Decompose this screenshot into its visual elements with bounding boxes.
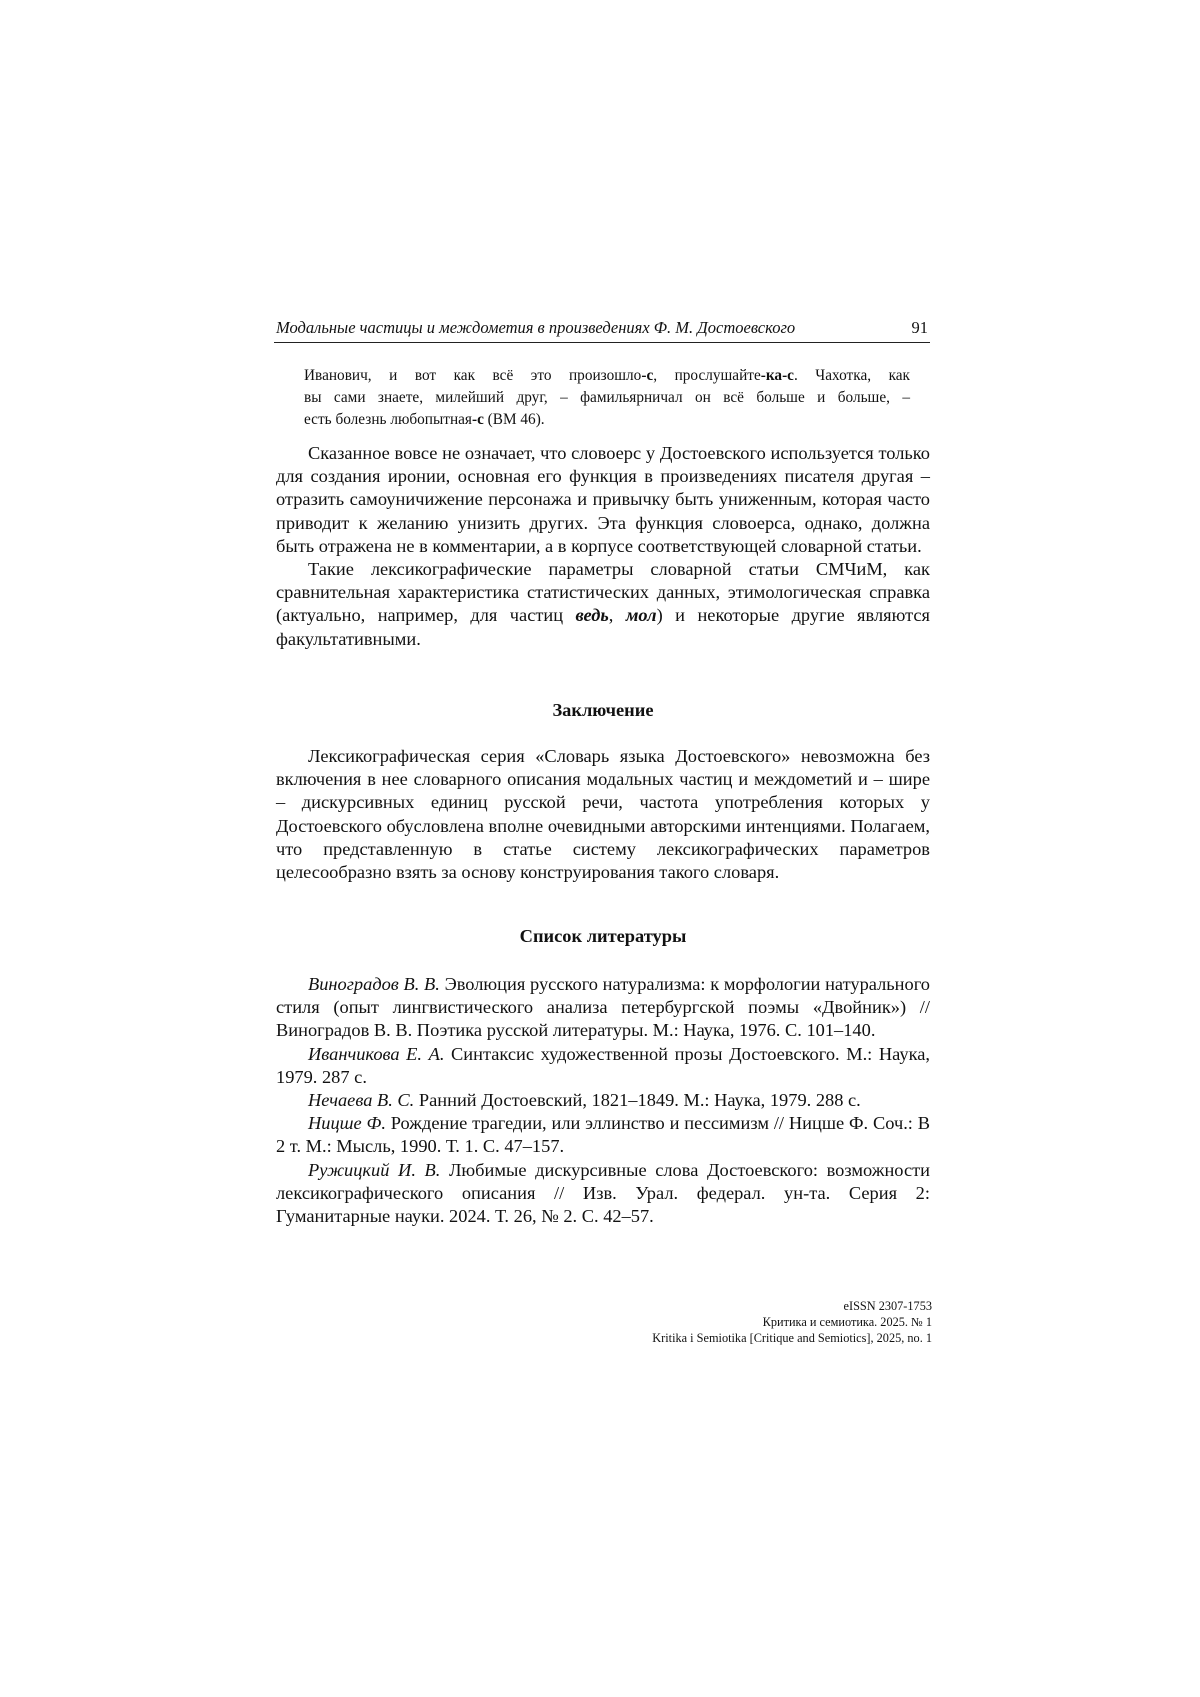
quote-text: . Чахотка, как — [794, 367, 910, 384]
running-title: Модальные частицы и междометия в произве… — [276, 318, 795, 338]
section-heading: Заключение — [276, 700, 930, 721]
emphasis-term: ведь — [576, 605, 609, 625]
reference-author: Виноградов В. В. — [308, 974, 440, 994]
block-quote: Иванович, и вот как всё это произошло-с,… — [304, 365, 910, 431]
eissn: eISSN 2307-1753 — [652, 1298, 932, 1314]
paragraph-text: , — [609, 605, 626, 625]
quote-text: (ВМ 46). — [484, 411, 545, 428]
running-header: Модальные частицы и междометия в произве… — [274, 318, 930, 343]
section-heading: Список литературы — [276, 926, 930, 947]
journal-citation-ru: Критика и семиотика. 2025. № 1 — [652, 1314, 932, 1330]
page-number: 91 — [912, 318, 929, 338]
reference-author: Ружицкий И. В. — [308, 1160, 440, 1180]
reference-item: Иванчикова Е. А. Синтаксис художественно… — [276, 1043, 930, 1089]
quote-bold-particle: -с — [472, 411, 484, 428]
paragraph: Такие лексикографические параметры слова… — [276, 558, 930, 651]
quote-bold-particle: -ка-с — [761, 367, 794, 384]
reference-item: Виноградов В. В. Эволюция русского натур… — [276, 973, 930, 1043]
reference-item: Ницше Ф. Рождение трагедии, или эллинств… — [276, 1112, 930, 1158]
quote-line: есть болезнь любопытная-с (ВМ 46). — [304, 409, 910, 431]
page-footer: eISSN 2307-1753 Критика и семиотика. 202… — [652, 1298, 932, 1346]
reference-item: Нечаева В. С. Ранний Достоевский, 1821–1… — [276, 1089, 930, 1112]
reference-list: Виноградов В. В. Эволюция русского натур… — [276, 973, 930, 1228]
reference-item: Ружицкий И. В. Любимые дискурсивные слов… — [276, 1159, 930, 1229]
quote-text: есть болезнь любопытная — [304, 411, 472, 428]
reference-text: Ранний Достоевский, 1821–1849. М.: Наука… — [414, 1090, 861, 1110]
document-page: Модальные частицы и междометия в произве… — [0, 0, 1200, 1697]
quote-text: Иванович, и вот как всё это произошло — [304, 367, 641, 384]
conclusion-section: Заключение Лексикографическая серия «Сло… — [276, 700, 930, 884]
reference-author: Ницше Ф. — [308, 1113, 386, 1133]
quote-bold-particle: -с — [641, 367, 653, 384]
reference-author: Нечаева В. С. — [308, 1090, 414, 1110]
quote-line: Иванович, и вот как всё это произошло-с,… — [304, 365, 910, 387]
quote-text: , прослушайте — [653, 367, 761, 384]
journal-citation-en: Kritika i Semiotika [Critique and Semiot… — [652, 1330, 932, 1346]
quote-line: вы сами знаете, милейший друг, – фамилья… — [304, 387, 910, 409]
references-section: Список литературы Виноградов В. В. Эволю… — [276, 926, 930, 1228]
paragraph: Лексикографическая серия «Словарь языка … — [276, 745, 930, 884]
body-text: Сказанное вовсе не означает, что словоер… — [276, 442, 930, 651]
reference-author: Иванчикова Е. А. — [308, 1044, 444, 1064]
paragraph: Сказанное вовсе не означает, что словоер… — [276, 442, 930, 558]
emphasis-term: мол — [626, 605, 657, 625]
